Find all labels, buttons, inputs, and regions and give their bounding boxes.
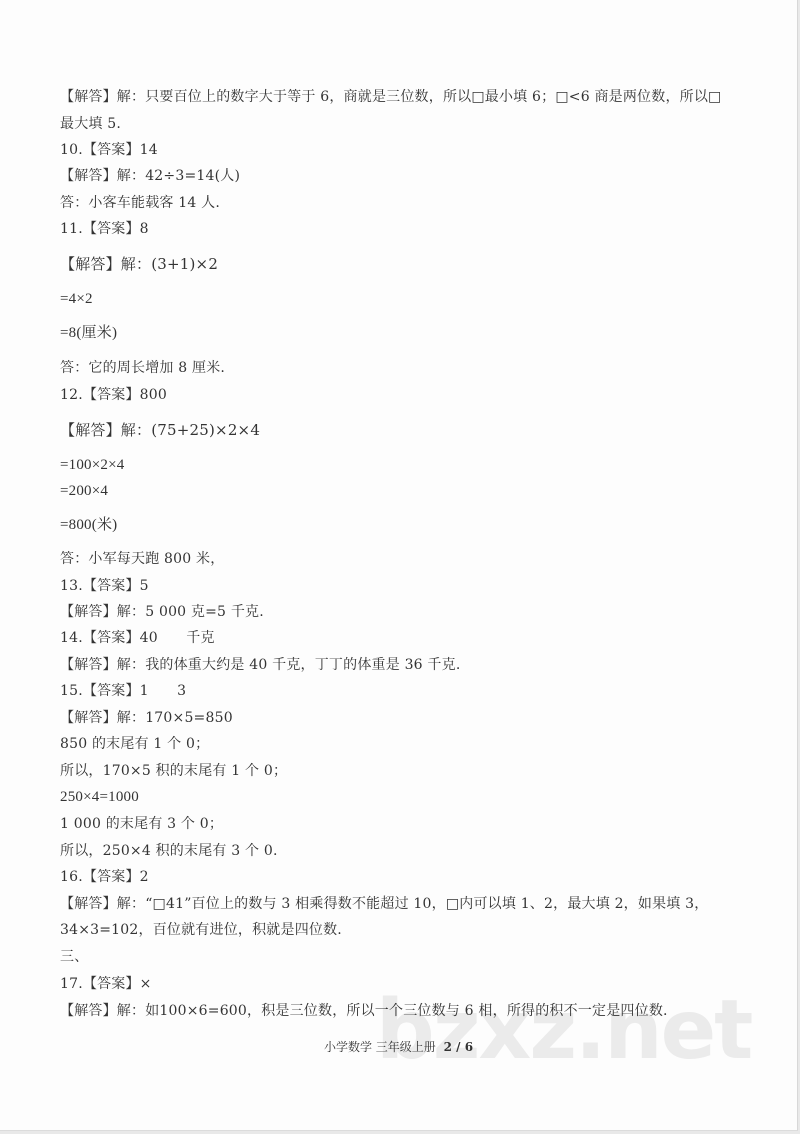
text-line: 34×3=102，百位就有进位，积就是四位数. — [60, 921, 342, 939]
question-answer-17: 17.【答案】× — [60, 975, 152, 993]
text-line: 所以，170×5 积的末尾有 1 个 0； — [60, 762, 287, 780]
text-line: 答：小客车能载客 14 人. — [60, 194, 220, 212]
question-answer-11: 11.【答案】8 — [60, 220, 149, 238]
text-line: 【解答】解：5 000 克=5 千克. — [60, 603, 264, 621]
question-answer-13: 13.【答案】5 — [60, 577, 149, 595]
text-line: 【解答】解：只要百位上的数字大于等于 6，商就是三位数，所以□最小填 6；□<6… — [60, 88, 721, 106]
page-footer: 小学数学 三年级上册 2 / 6 — [0, 1038, 797, 1055]
math-line: =4×2 — [60, 290, 93, 308]
question-answer-16: 16.【答案】2 — [60, 868, 149, 886]
page-number: 2 / 6 — [444, 1040, 473, 1054]
text-line: 所以，250×4 积的末尾有 3 个 0. — [60, 842, 278, 860]
question-answer-15: 15.【答案】1 3 — [60, 682, 186, 700]
math-line: =800(米) — [60, 516, 117, 534]
question-answer-12: 12.【答案】800 — [60, 386, 167, 404]
footer-subject: 小学数学 三年级上册 — [324, 1040, 436, 1054]
text-line: 1 000 的末尾有 3 个 0； — [60, 815, 223, 833]
math-line: =8(厘米) — [60, 324, 117, 342]
text-line: 【解答】解：170×5=850 — [60, 709, 233, 727]
text-line: 【解答】解：我的体重大约是 40 千克，丁丁的体重是 36 千克. — [60, 656, 460, 674]
question-answer-10: 10.【答案】14 — [60, 141, 158, 159]
text-line: 【解答】解：(75+25)×2×4 — [60, 421, 260, 439]
text-line: 【解答】解：“□41”百位上的数与 3 相乘得数不能超过 10，□内可以填 1、… — [60, 895, 708, 913]
text-line: 850 的末尾有 1 个 0； — [60, 735, 209, 753]
text-line: 【解答】解：(3+1)×2 — [60, 255, 218, 273]
text-line: 【解答】解：42÷3=14(人) — [60, 167, 240, 185]
question-answer-14: 14.【答案】40 千克 — [60, 629, 215, 647]
document-page: bzxz.net 【解答】解：只要百位上的数字大于等于 6，商就是三位数，所以□… — [0, 0, 798, 1131]
math-line: 250×4=1000 — [60, 788, 139, 806]
text-line: 最大填 5. — [60, 115, 121, 133]
text-line: 答：它的周长增加 8 厘米. — [60, 359, 225, 377]
math-line: =100×2×4 — [60, 456, 124, 474]
text-line: 答：小军每天跑 800 米， — [60, 550, 224, 568]
section-heading: 三、 — [60, 948, 88, 966]
text-line: 【解答】解：如100×6=600，积是三位数，所以一个三位数与 6 相，所得的积… — [60, 1002, 668, 1020]
math-line: =200×4 — [60, 482, 108, 500]
